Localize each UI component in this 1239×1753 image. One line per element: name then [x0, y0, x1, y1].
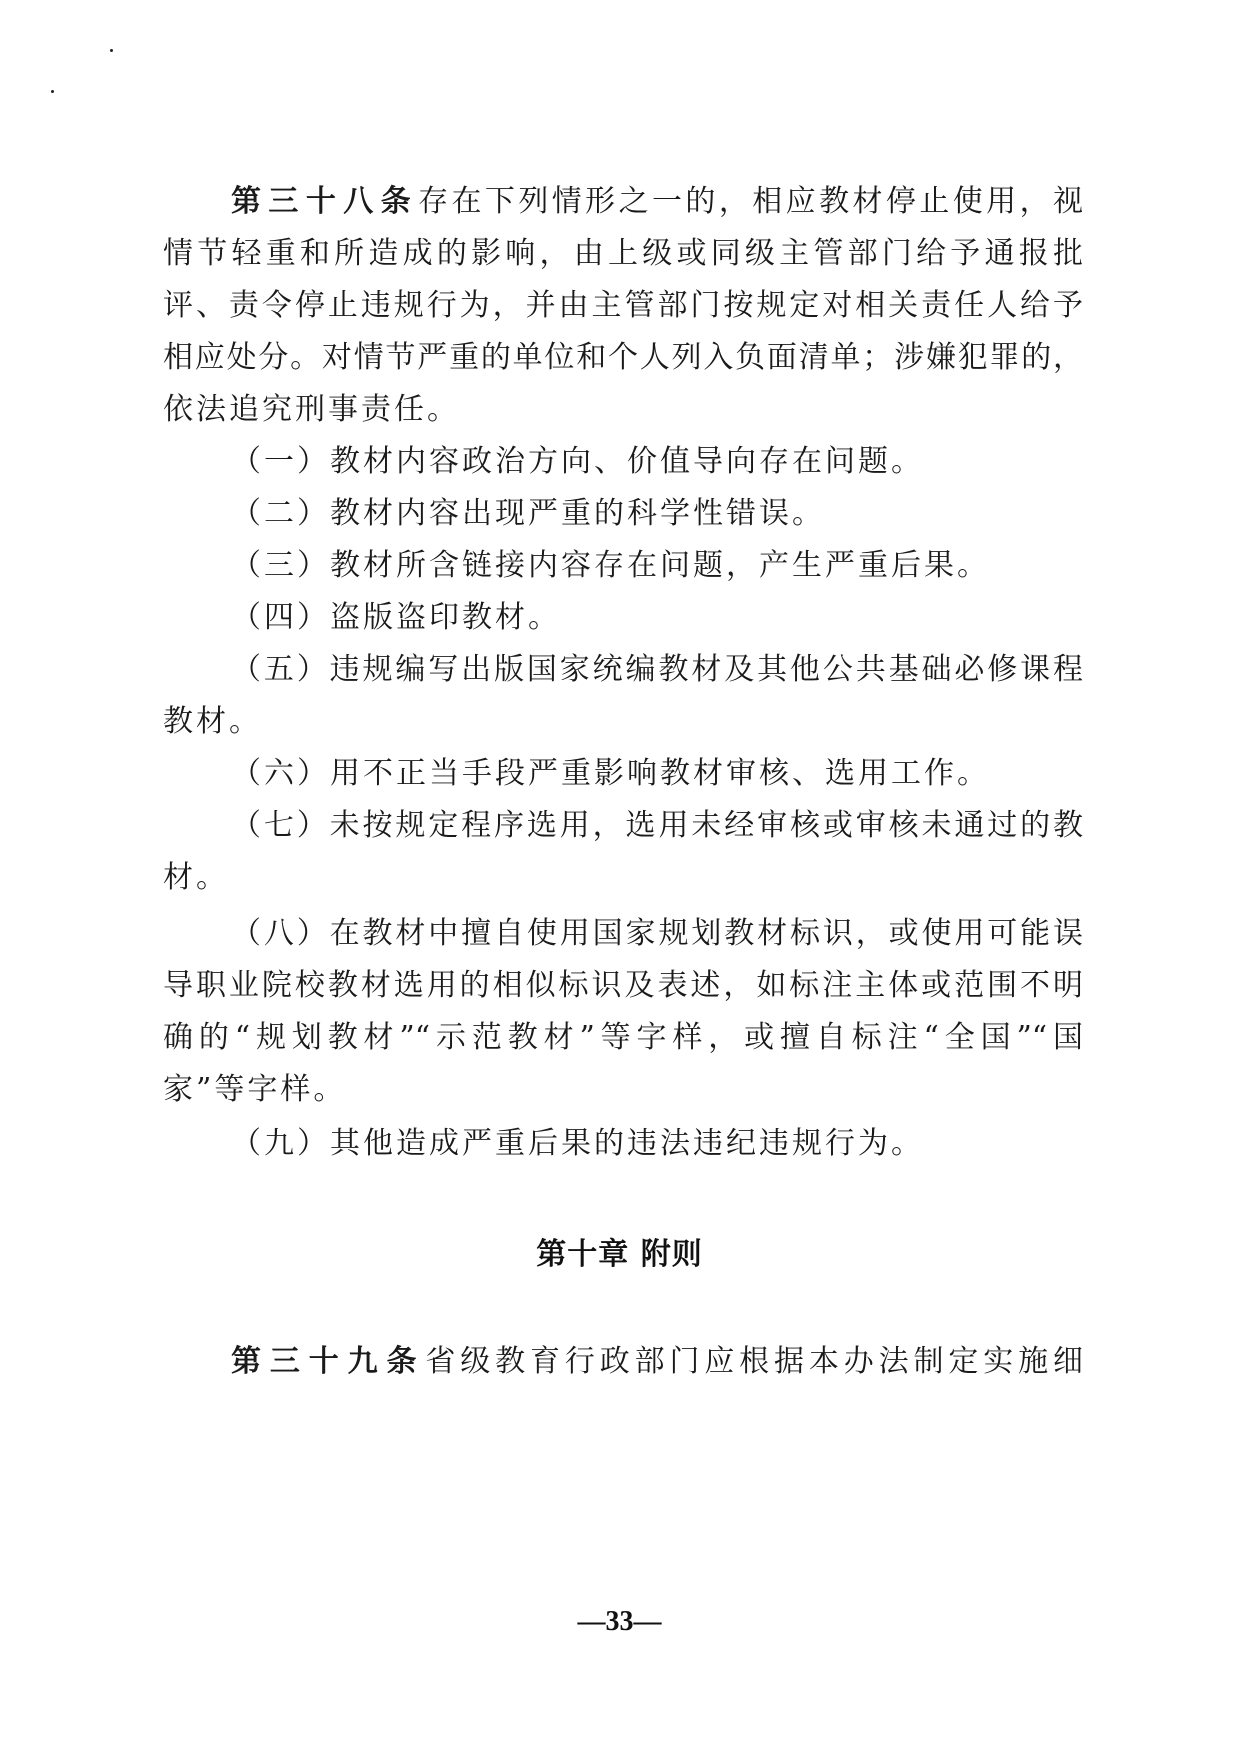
list-item-6: （六）用不正当手段严重影响教材审核、选用工作。	[231, 754, 1083, 794]
list-item-8-line-2: 导职业院校教材选用的相似标识及表述，如标注主体或范围不明	[163, 966, 1083, 1006]
list-item-4: （四）盗版盗印教材。	[231, 598, 1083, 638]
item-marker: （六）	[231, 756, 330, 791]
chapter-heading: 第十章 附则	[0, 1235, 1239, 1275]
article-38-line-2: 情节轻重和所造成的影响，由上级或同级主管部门给予通报批	[163, 234, 1083, 274]
list-item-2: （二）教材内容出现严重的科学性错误。	[231, 494, 1083, 534]
item-marker: （一）	[231, 444, 330, 479]
article-39-label: 第三十九条	[231, 1344, 425, 1379]
list-item-5: （五）违规编写出版国家统编教材及其他公共基础必修课程	[231, 650, 1083, 690]
list-item-7-continuation: 材。	[163, 858, 1083, 898]
item-text: 其他造成严重后果的违法违纪违规行为。	[330, 1126, 924, 1161]
article-38-line-3: 评、责令停止违规行为，并由主管部门按规定对相关责任人给予	[163, 286, 1083, 326]
list-item-1: （一）教材内容政治方向、价值导向存在问题。	[231, 442, 1083, 482]
item-text: 未按规定程序选用，选用未经审核或审核未通过的教	[330, 808, 1083, 843]
item-marker: （七）	[231, 808, 330, 843]
item-marker: （三）	[231, 548, 330, 583]
list-item-7: （七）未按规定程序选用，选用未经审核或审核未通过的教	[231, 806, 1083, 846]
scan-speck	[51, 90, 54, 93]
item-marker: （二）	[231, 496, 330, 531]
item-marker: （九）	[231, 1126, 330, 1161]
item-text: 教材内容出现严重的科学性错误。	[330, 496, 825, 531]
list-item-9: （九）其他造成严重后果的违法违纪违规行为。	[231, 1124, 1083, 1164]
article-38-line-4: 相应处分。对情节严重的单位和个人列入负面清单；涉嫌犯罪的，	[163, 338, 1083, 378]
item-text: 在教材中擅自使用国家规划教材标识，或使用可能误	[330, 916, 1083, 951]
item-marker: （八）	[231, 916, 330, 951]
item-marker: （四）	[231, 600, 330, 635]
article-39-line-1: 第三十九条省级教育行政部门应根据本办法制定实施细	[231, 1342, 1083, 1382]
item-text: 教材所含链接内容存在问题，产生严重后果。	[330, 548, 990, 583]
item-text: 盗版盗印教材。	[330, 600, 561, 635]
page-number: —33—	[0, 1604, 1239, 1640]
list-item-8-line-4: 家”等字样。	[163, 1070, 1083, 1110]
article-39-text: 省级教育行政部门应根据本办法制定实施细	[425, 1344, 1083, 1379]
list-item-8-line-3: 确的“规划教材”“示范教材”等字样，或擅自标注“全国”“国	[163, 1018, 1083, 1058]
list-item-8: （八）在教材中擅自使用国家规划教材标识，或使用可能误	[231, 914, 1083, 954]
article-38-text: 存在下列情形之一的，相应教材停止使用，视	[418, 184, 1083, 219]
document-page: 第三十八条存在下列情形之一的，相应教材停止使用，视 情节轻重和所造成的影响，由上…	[0, 0, 1239, 1753]
item-text: 用不正当手段严重影响教材审核、选用工作。	[330, 756, 990, 791]
list-item-5-continuation: 教材。	[163, 702, 1083, 742]
item-text: 教材内容政治方向、价值导向存在问题。	[330, 444, 924, 479]
item-marker: （五）	[231, 652, 330, 687]
scan-speck	[110, 49, 113, 52]
article-38-label: 第三十八条	[231, 184, 418, 219]
list-item-3: （三）教材所含链接内容存在问题，产生严重后果。	[231, 546, 1083, 586]
article-38-line-1: 第三十八条存在下列情形之一的，相应教材停止使用，视	[231, 182, 1083, 222]
article-38-line-5: 依法追究刑事责任。	[163, 390, 1083, 430]
item-text: 违规编写出版国家统编教材及其他公共基础必修课程	[330, 652, 1083, 687]
